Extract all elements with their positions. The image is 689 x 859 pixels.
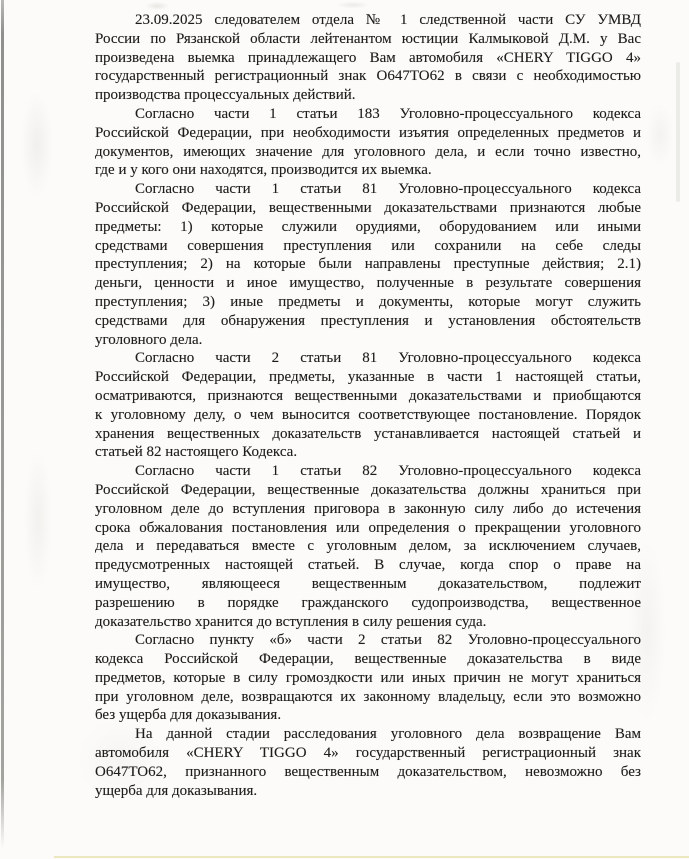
text-line: России по Рязанской области лейтенантом … [95,30,641,49]
text-line: Российской Федерации, вещественные доказ… [95,481,641,500]
text-line: доказательство хранится до вступления в … [95,613,641,632]
paragraph: Согласно части 1 статьи 81 Уголовно-проц… [95,180,641,349]
text-line: Согласно части 2 статьи 81 Уголовно-проц… [95,349,641,368]
text-line: имущество, являющееся вещественным доказ… [95,575,641,594]
text-line: На данной стадии расследования уголовног… [95,725,641,744]
text-line: разрешению в порядке гражданского судопр… [95,594,641,613]
text-line: автомобиля «CHERY TIGGO 4» государственн… [95,744,641,763]
text-line: Российской Федерации, при необходимости … [95,124,641,143]
text-line: государственный регистрационный знак О64… [95,67,641,86]
text-line: предметов, которые в силу громоздкости и… [95,669,641,688]
text-line: документов, имеющих значение для уголовн… [95,143,641,162]
text-line: где и у кого они находятся, производится… [95,161,641,180]
text-line: производства процессуальных действий. [95,86,641,105]
text-line: предусмотренных настоящей статьей. В слу… [95,556,641,575]
text-line: кодекса Российской Федерации, вещественн… [95,650,641,669]
paragraph: 23.09.2025 следователем отдела № 1 следс… [95,11,641,105]
text-line: 23.09.2025 следователем отдела № 1 следс… [95,11,641,30]
text-line: уголовном деле до вступления приговора в… [95,500,641,519]
text-line: средствами совершения преступления или с… [95,237,641,256]
text-line: к уголовному делу, о чем выносится соотв… [95,406,641,425]
text-line: Российской Федерации, предметы, указанны… [95,368,641,387]
text-line: срока обжалования постановления или опре… [95,519,641,538]
text-line: Согласно части 1 статьи 82 Уголовно-проц… [95,462,641,481]
text-line: преступления; 2) на которые были направл… [95,255,641,274]
document-text-block: 23.09.2025 следователем отдела № 1 следс… [95,11,641,800]
text-line: статьей 82 настоящего Кодекса. [95,443,641,462]
text-line: средствами для обнаружения преступления … [95,312,641,331]
scan-left-edge-line [1,0,4,848]
text-line: осматриваются, признаются вещественными … [95,387,641,406]
text-line: преступления; 3) иные предметы и докумен… [95,293,641,312]
scan-bottom-line [54,856,689,858]
text-line: Согласно пункту «б» части 2 статьи 82 Уг… [95,631,641,650]
text-line: дела и передаваться вместе с уголовным д… [95,537,641,556]
text-line: ущерба для доказывания. [95,782,641,801]
text-line: произведена выемка принадлежащего Вам ав… [95,49,641,68]
scanned-document-page: 23.09.2025 следователем отдела № 1 следс… [0,0,689,859]
text-line: Российской Федерации, вещественными дока… [95,199,641,218]
paragraph: Согласно части 2 статьи 81 Уголовно-проц… [95,349,641,462]
text-line: хранения вещественных доказательств уста… [95,425,641,444]
text-line: О647ТО62, признанного вещественным доказ… [95,763,641,782]
text-line: без ущерба для доказывания. [95,706,641,725]
text-line: при уголовном деле, возвращаются их зако… [95,688,641,707]
text-line: предметы: 1) которые служили орудиями, о… [95,218,641,237]
paragraph: Согласно части 1 статьи 82 Уголовно-проц… [95,462,641,631]
scan-right-shadow [676,62,680,202]
text-line: Согласно части 1 статьи 183 Уголовно-про… [95,105,641,124]
paragraph: Согласно пункту «б» части 2 статьи 82 Уг… [95,631,641,725]
text-line: Согласно части 1 статьи 81 Уголовно-проц… [95,180,641,199]
paragraph: Согласно части 1 статьи 183 Уголовно-про… [95,105,641,180]
paragraph: На данной стадии расследования уголовног… [95,725,641,800]
text-line: уголовного дела. [95,331,641,350]
text-line: деньги, ценности и иное имущество, получ… [95,274,641,293]
